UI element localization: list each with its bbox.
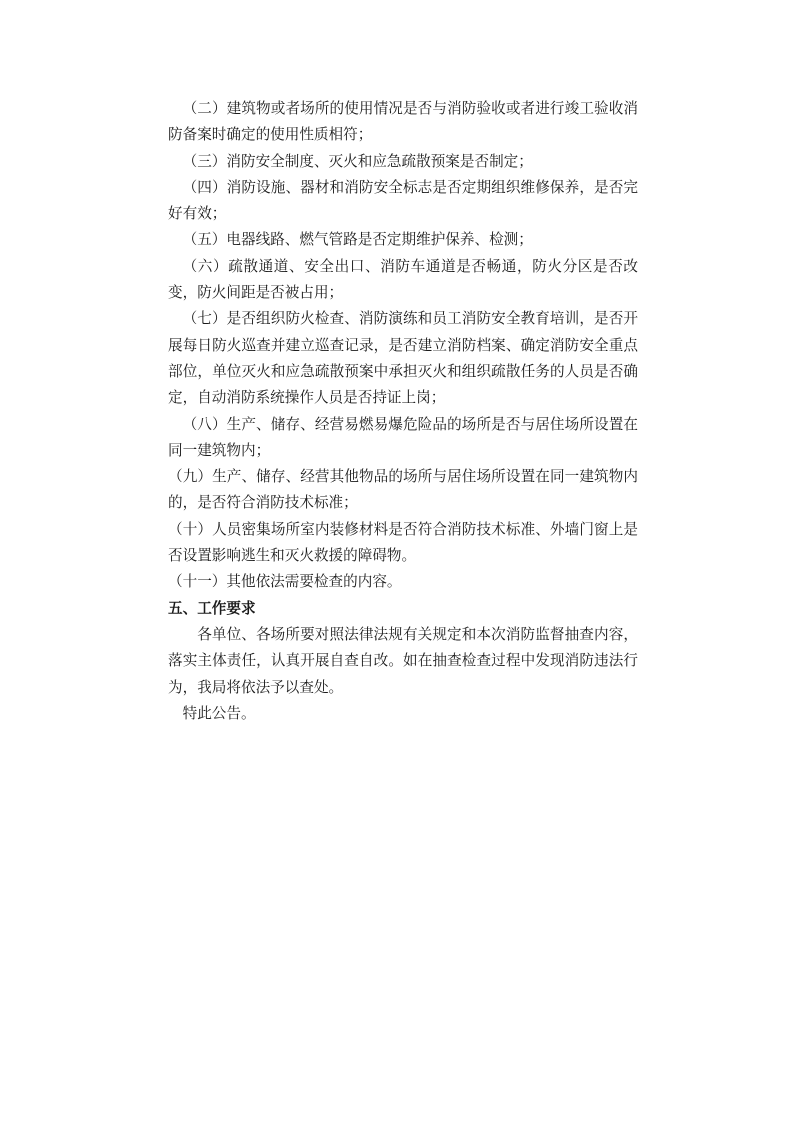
requirement-paragraph: 各单位、各场所要对照法律法规有关规定和本次消防监督抽查内容，落实主体责任，认真开… [168,622,638,701]
item-8-hazardous-goods: （八）生产、储存、经营易燃易爆危险品的场所是否与居住场所设置在同一建筑物内； [168,412,638,465]
item-11-other-content: （十一）其他依法需要检查的内容。 [168,569,638,595]
item-3-safety-system: （三）消防安全制度、灭火和应急疏散预案是否制定； [168,149,638,175]
item-9-other-goods: （九）生产、储存、经营其他物品的场所与居住场所设置在同一建筑物内的，是否符合消防… [168,464,638,517]
item-4-facilities-maintenance: （四）消防设施、器材和消防安全标志是否定期组织维修保养，是否完好有效； [168,175,638,228]
item-10-decoration-materials: （十）人员密集场所室内装修材料是否符合消防技术标准、外墙门窗上是否设置影响逃生和… [168,517,638,570]
closing-statement: 特此公告。 [168,701,638,727]
item-2-use-nature: （二）建筑物或者场所的使用情况是否与消防验收或者进行竣工验收消防备案时确定的使用… [168,96,638,149]
item-7-inspections-training: （七）是否组织防火检查、消防演练和员工消防安全教育培训，是否开展每日防火巡查并建… [168,306,638,411]
item-6-evacuation-routes: （六）疏散通道、安全出口、消防车通道是否畅通，防火分区是否改变，防火间距是否被占… [168,254,638,307]
document-page: （二）建筑物或者场所的使用情况是否与消防验收或者进行竣工验收消防备案时确定的使用… [168,96,638,727]
item-5-electrical-gas: （五）电器线路、燃气管路是否定期维护保养、检测； [168,227,638,253]
section-heading-work-requirements: 五、工作要求 [168,596,638,622]
